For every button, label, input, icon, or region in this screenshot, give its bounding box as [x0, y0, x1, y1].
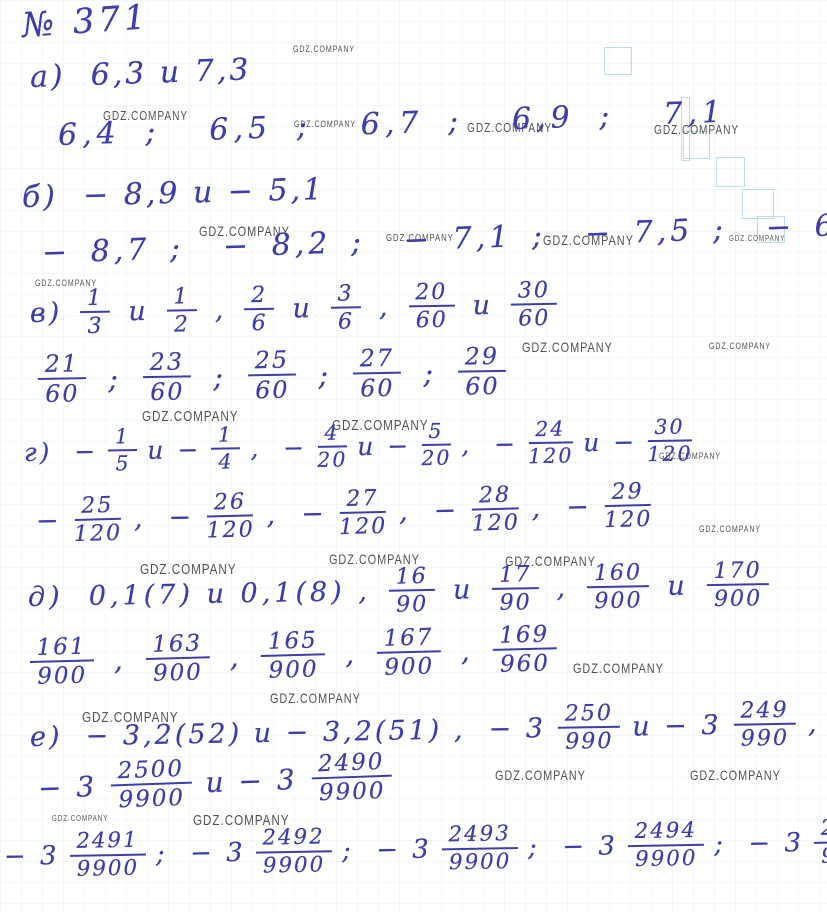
fraction-numerator: 30: [647, 416, 692, 441]
fraction: 420: [317, 422, 348, 471]
fraction-numerator: 2492: [255, 826, 332, 853]
handwritten-text: −: [36, 506, 62, 538]
gdz-company-watermark: GDZ.COMPANY: [293, 44, 355, 54]
fraction-numerator: 28: [472, 483, 519, 511]
handwritten-text: ;: [318, 358, 331, 392]
fraction: 24969900: [814, 817, 827, 868]
handwritten-text: в): [30, 298, 63, 330]
handwritten-text: , −: [133, 502, 194, 535]
handwritten-text: ; − 3: [528, 831, 618, 863]
fraction-numerator: 1: [80, 287, 111, 314]
part-v-given: в)13и12,26и36,2060и3060: [30, 279, 558, 340]
grid-square-decor: [716, 157, 745, 187]
handwritten-text: , −: [461, 429, 518, 459]
handwritten-text: и − 3: [205, 763, 298, 799]
fraction: 520: [421, 421, 452, 470]
part-g-given: г) −15и −14, −420и −520, −24120и −30120: [24, 416, 693, 476]
fraction-numerator: 17: [492, 563, 539, 590]
fraction: 15: [108, 426, 138, 475]
fraction-numerator: 2: [244, 284, 275, 311]
fraction-denominator: 960: [500, 650, 550, 678]
fraction-numerator: 2500: [110, 757, 191, 787]
fraction-numerator: 5: [421, 421, 450, 446]
handwritten-text: а) 6,3 и 7,3: [29, 52, 252, 95]
handwritten-text: ,: [113, 644, 126, 677]
fraction-denominator: 6: [338, 309, 355, 335]
part-d-given: д) 0,1(7) и 0,1(8) ,1690и1790,160900и170…: [28, 559, 770, 624]
fraction-denominator: 9900: [77, 855, 140, 881]
fraction-denominator: 60: [45, 379, 80, 407]
fraction-numerator: 160: [587, 561, 650, 589]
handwritten-text: ,: [460, 635, 473, 668]
fraction-denominator: 120: [647, 441, 693, 466]
fraction-numerator: 2494: [627, 820, 704, 847]
part-a-answer: 6,4 ; 6,5 ; 6,7 ; 6,9 ; 7,1: [57, 95, 726, 153]
fraction-denominator: 60: [415, 307, 448, 333]
fraction-numerator: 25: [74, 494, 121, 522]
fraction-denominator: 120: [471, 510, 520, 537]
handwritten-text: − 8,7 ; − 8,2 ; − 7,1 ; − 7,5 ; − 6,1: [41, 207, 827, 271]
handwritten-text: и: [292, 294, 313, 325]
worksheet: GDZ.COMPANYGDZ.COMPANYGDZ.COMPANYGDZ.COM…: [0, 0, 827, 912]
handwritten-text: и: [667, 571, 689, 602]
fraction: 24939900: [441, 823, 518, 874]
fraction: 28120: [471, 483, 521, 536]
fraction-denominator: 60: [465, 372, 500, 400]
fraction: 25120: [73, 494, 123, 547]
handwritten-text: и − 3: [632, 710, 722, 743]
gdz-company-watermark: GDZ.COMPANY: [690, 767, 781, 783]
gdz-company-watermark: GDZ.COMPANY: [495, 767, 586, 783]
fraction: 2760: [353, 346, 402, 402]
fraction-numerator: 26: [207, 490, 254, 518]
fraction-denominator: 5: [115, 451, 130, 475]
fraction-numerator: 165: [261, 628, 326, 657]
fraction-denominator: 20: [317, 447, 348, 471]
fraction: 3060: [511, 279, 558, 332]
handwritten-text: и: [128, 296, 149, 327]
fraction-denominator: 20: [421, 445, 452, 469]
handwritten-text: ,: [345, 638, 358, 671]
fraction: 36: [330, 282, 361, 334]
handwritten-text: е) − 3,2(52) и − 3,2(51) , − 3: [30, 713, 547, 753]
fraction-numerator: 170: [706, 559, 769, 587]
fraction-numerator: 23: [143, 349, 192, 378]
fraction-denominator: 60: [150, 378, 185, 406]
fraction: 14: [211, 424, 241, 473]
fraction: 169960: [492, 622, 557, 677]
fraction-numerator: 250: [558, 702, 621, 730]
handwritten-text: 6,4 ; 6,5 ; 6,7 ; 6,9 ; 7,1: [57, 95, 726, 153]
fraction: 26120: [205, 490, 255, 543]
part-g-answer: −25120, −26120, −27120, −28120, −29120: [35, 480, 652, 548]
fraction-denominator: 900: [153, 659, 203, 687]
fraction-denominator: 90: [499, 590, 532, 616]
fraction-denominator: 120: [604, 506, 653, 533]
fraction: 12: [166, 285, 197, 337]
fraction: 1790: [492, 563, 539, 616]
handwritten-text: ,: [229, 641, 242, 674]
fraction-denominator: 120: [528, 443, 574, 468]
part-d-answer: 161900,163900,165900,167900,169960: [29, 622, 557, 689]
fraction-numerator: 1: [108, 426, 137, 451]
handwritten-text: ,: [214, 295, 226, 326]
handwritten-text: д) 0,1(7) и 0,1(8) ,: [28, 576, 371, 613]
fraction-numerator: 163: [145, 631, 210, 660]
fraction: 24929900: [255, 826, 332, 877]
fraction: 24120: [528, 418, 574, 467]
grid-square-decor: [604, 47, 632, 75]
handwritten-text: и: [472, 290, 493, 321]
fraction: 160900: [587, 561, 650, 614]
fraction-denominator: 900: [594, 588, 643, 614]
fraction-numerator: 4: [317, 422, 346, 447]
fraction: 2560: [248, 347, 297, 403]
fraction-denominator: 6: [251, 310, 268, 336]
handwritten-text: ;: [423, 356, 436, 390]
fraction: 30120: [647, 416, 693, 465]
problem-number: № 371: [21, 0, 151, 46]
fraction-denominator: 4: [218, 449, 233, 473]
part-b-given: б) − 8,9 и − 5,1: [22, 172, 326, 215]
handwritten-text: и: [453, 575, 475, 606]
fraction: 2160: [38, 351, 87, 407]
fraction: 2360: [143, 349, 192, 405]
fraction-denominator: 2: [174, 312, 191, 338]
fraction: 249990: [733, 699, 796, 752]
fraction-numerator: 24: [528, 418, 573, 443]
part-v-answer: 2160;2360;2560;2760;2960: [38, 344, 507, 408]
fraction-denominator: 900: [37, 662, 87, 690]
fraction: 24909900: [311, 750, 393, 806]
handwritten-text: б) − 8,9 и − 5,1: [22, 172, 326, 215]
fraction-denominator: 120: [74, 520, 123, 547]
handwritten-text: ,: [379, 292, 391, 323]
fraction: 27120: [338, 487, 388, 540]
handwritten-text: ; − 3: [342, 835, 432, 867]
handwritten-text: − 3: [37, 770, 97, 805]
fraction-numerator: 161: [29, 634, 94, 663]
fraction: 26: [244, 284, 275, 336]
part-a-given: а) 6,3 и 7,3: [29, 52, 252, 95]
fraction-numerator: 2496: [814, 817, 827, 844]
handwritten-text: и −: [147, 435, 201, 465]
fraction: 170900: [706, 559, 769, 612]
fraction-denominator: 900: [268, 656, 318, 684]
gdz-company-watermark: GDZ.COMPANY: [573, 660, 664, 676]
fraction: 1690: [388, 565, 435, 618]
fraction: 24919900: [69, 830, 146, 881]
fraction-denominator: 9900: [635, 845, 698, 871]
fraction: 13: [80, 287, 111, 339]
fraction: 167900: [376, 625, 441, 680]
gdz-company-watermark: GDZ.COMPANY: [52, 814, 108, 823]
fraction-numerator: 30: [511, 279, 558, 306]
handwritten-text: ,: [808, 709, 820, 740]
fraction-denominator: 60: [255, 376, 290, 404]
fraction-denominator: 60: [360, 374, 395, 402]
part-b-answer: − 8,7 ; − 8,2 ; − 7,1 ; − 7,5 ; − 6,1: [41, 207, 827, 271]
fraction: 24949900: [627, 820, 704, 871]
fraction-numerator: 27: [339, 487, 386, 515]
part-e-given-2: − 325009900и − 324909900: [37, 750, 393, 816]
fraction: 25009900: [110, 757, 192, 813]
fraction-denominator: 9900: [319, 777, 386, 806]
gdz-company-watermark: GDZ.COMPANY: [699, 524, 761, 534]
fraction-numerator: 2493: [441, 823, 518, 850]
part-e-answer: − 324919900; − 324929900; − 324939900; −…: [4, 817, 827, 883]
fraction-numerator: 3: [330, 282, 361, 309]
handwritten-text: ,: [556, 573, 569, 604]
handwritten-text: , −: [531, 492, 592, 525]
fraction: 163900: [145, 631, 210, 686]
fraction-numerator: 29: [604, 480, 651, 508]
gdz-company-watermark: GDZ.COMPANY: [270, 690, 361, 706]
fraction-denominator: 9900: [263, 852, 326, 878]
handwritten-text: г) −: [24, 436, 99, 466]
fraction-denominator: 9900: [821, 842, 827, 868]
fraction-denominator: 60: [518, 305, 551, 331]
fraction-numerator: 1: [166, 285, 197, 312]
fraction-numerator: 1: [211, 424, 240, 449]
gdz-company-watermark: GDZ.COMPANY: [522, 339, 613, 355]
fraction-numerator: 29: [458, 344, 507, 373]
fraction-numerator: 167: [376, 625, 441, 654]
fraction-denominator: 900: [384, 653, 434, 681]
handwritten-text: , −: [399, 495, 460, 528]
fraction: 2960: [458, 344, 507, 400]
fraction: 29120: [603, 480, 653, 533]
fraction-denominator: 9900: [118, 784, 185, 813]
handwritten-text: − 3: [4, 841, 60, 872]
handwritten-text: ; − 3: [714, 828, 804, 860]
handwritten-text: и −: [357, 431, 411, 461]
handwritten-text: и −: [583, 427, 637, 457]
fraction: 165900: [261, 628, 326, 683]
fraction-numerator: 20: [408, 281, 455, 308]
handwritten-text: ;: [108, 361, 121, 395]
fraction-denominator: 3: [87, 313, 104, 339]
fraction-denominator: 900: [714, 586, 763, 612]
handwritten-text: ;: [213, 359, 226, 393]
fraction-numerator: 25: [248, 347, 297, 376]
fraction: 161900: [29, 634, 94, 689]
fraction-denominator: 990: [565, 728, 614, 754]
fraction-numerator: 2490: [311, 750, 392, 780]
gdz-company-watermark: GDZ.COMPANY: [709, 341, 771, 351]
fraction-numerator: 21: [38, 351, 87, 380]
fraction-denominator: 120: [206, 517, 255, 544]
fraction-numerator: 16: [388, 565, 435, 592]
fraction-numerator: 169: [492, 622, 557, 651]
fraction-denominator: 9900: [449, 849, 512, 875]
handwritten-text: , −: [266, 499, 327, 532]
fraction-denominator: 90: [396, 591, 429, 617]
handwritten-text: , −: [250, 433, 307, 463]
fraction-numerator: 27: [353, 346, 402, 375]
fraction: 250990: [558, 702, 621, 755]
fraction-numerator: 249: [733, 699, 796, 727]
fraction-denominator: 990: [741, 725, 790, 751]
handwritten-text: ; − 3: [156, 838, 246, 870]
fraction-denominator: 120: [339, 513, 388, 540]
fraction-numerator: 2491: [69, 830, 146, 857]
handwritten-text: № 371: [21, 0, 151, 46]
fraction: 2060: [408, 281, 455, 334]
